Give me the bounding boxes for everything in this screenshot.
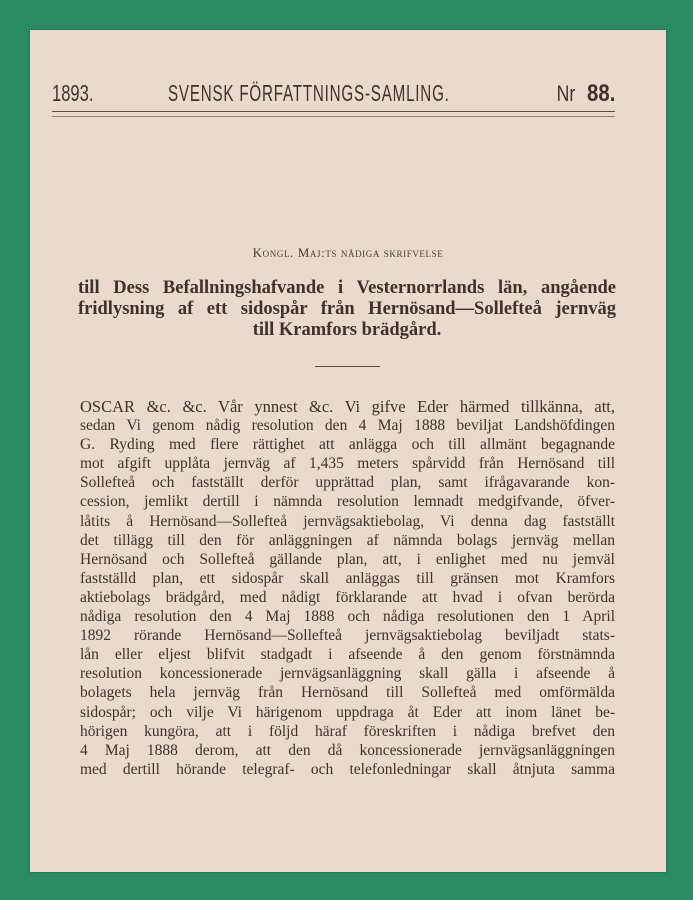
heading-line: till Kramfors brädgård. <box>78 320 616 341</box>
body-line: hörigen kungöra, att i följd häraf föres… <box>80 722 615 741</box>
header-title: SVENSK FÖRFATTNINGS-SAMLING. <box>168 80 450 107</box>
body-line: med dertill hörande telegraf- och telefo… <box>80 760 615 779</box>
body-line: fastställd plan, ett sidospår skall anlä… <box>80 569 615 588</box>
document-body: OSCAR &c. &c. Vår ynnest &c. Vi gifve Ed… <box>80 397 615 779</box>
body-line: OSCAR &c. &c. Vår ynnest &c. Vi gifve Ed… <box>80 397 615 416</box>
page-header: 1893. SVENSK FÖRFATTNINGS-SAMLING. Nr88. <box>52 80 615 110</box>
body-line: cession, jemlikt dertill i nämnda resolu… <box>80 492 615 511</box>
body-line: mot afgift upplåta jernväg af 1,435 mete… <box>80 454 615 473</box>
number-value: 88. <box>587 80 615 108</box>
body-line: det tillägg till den för anläggningen af… <box>80 531 615 550</box>
document-kicker: Kongl. Maj:ts nådiga skrifvelse <box>30 245 666 261</box>
number-prefix: Nr <box>557 81 576 107</box>
heading-line: till Dess Befallningshafvande i Vesterno… <box>78 278 616 299</box>
body-line: sidospår; och vilje Vi härigenom uppdrag… <box>80 703 615 722</box>
header-number: Nr88. <box>552 80 615 108</box>
body-line: bolagets hela jernväg från Hernösand til… <box>80 683 615 702</box>
body-line: G. Ryding med flere rättighet att anlägg… <box>80 435 615 454</box>
heading-line: fridlysning af ett sidospår från Hernösa… <box>78 299 616 320</box>
body-line: Hernösand och Sollefteå gällande plan, a… <box>80 550 615 569</box>
header-rule <box>52 111 615 117</box>
body-line: lån eller eljest blifvit stadgadt i afse… <box>80 645 615 664</box>
body-line: Sollefteå och fastställt derför upprätta… <box>80 473 615 492</box>
body-line: 1892 rörande Hernösand—Sollefteå jernväg… <box>80 626 615 645</box>
section-divider <box>315 366 380 367</box>
body-line: 4 Maj 1888 derom, att den då koncessione… <box>80 741 615 760</box>
document-heading: till Dess Befallningshafvande i Vesterno… <box>78 278 616 341</box>
body-line: nådiga resolution den 4 Maj 1888 och nåd… <box>80 607 615 626</box>
body-line: resolution koncessionerade jernvägsanläg… <box>80 664 615 683</box>
header-year: 1893. <box>52 80 93 107</box>
body-line: sedan Vi genom nådig resolution den 4 Ma… <box>80 416 615 435</box>
body-line: aktiebolags brädgård, med nådigt förklar… <box>80 588 615 607</box>
body-line: låtits å Hernösand—Sollefteå jernvägsakt… <box>80 512 615 531</box>
